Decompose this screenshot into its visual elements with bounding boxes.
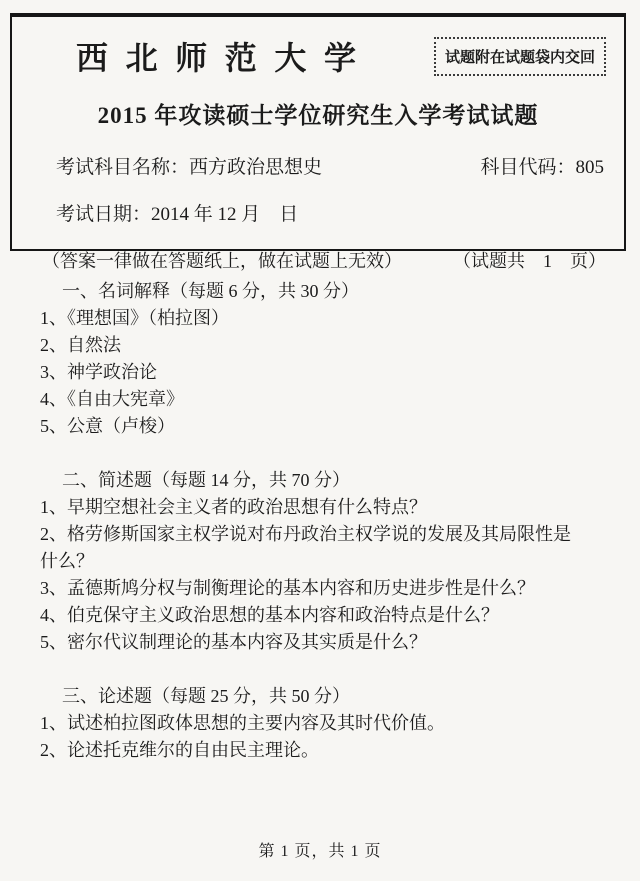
question-item: 4、《自由大宪章》 <box>40 386 585 413</box>
question-item: 2、格劳修斯国家主权学说对布丹政治主权学说的发展及其局限性是什么？ <box>40 521 585 575</box>
return-notice-box: 试题附在试题袋内交回 <box>434 37 606 76</box>
section-short-answer: 二、简述题（每题 14 分，共 70 分） 1、早期空想社会主义者的政治思想有什… <box>40 467 585 656</box>
page-footer: 第 1 页，共 1 页 <box>0 838 640 861</box>
subject-code: 科目代码：805 <box>480 152 604 179</box>
question-item: 3、孟德斯鸠分权与制衡理论的基本内容和历史进步性是什么？ <box>40 575 585 602</box>
section-heading: 三、论述题（每题 25 分，共 50 分） <box>40 683 585 710</box>
question-item: 1、《理想国》（柏拉图） <box>40 305 585 332</box>
page-count-note: （试题共 1 页） <box>453 247 606 273</box>
question-item: 2、论述托克维尔的自由民主理论。 <box>40 737 585 764</box>
section-essay: 三、论述题（每题 25 分，共 50 分） 1、试述柏拉图政体思想的主要内容及其… <box>40 683 585 764</box>
section-heading: 二、简述题（每题 14 分，共 70 分） <box>40 467 585 494</box>
question-item: 3、神学政治论 <box>40 359 585 386</box>
question-item: 4、伯克保守主义政治思想的基本内容和政治特点是什么？ <box>40 602 585 629</box>
university-name: 西北师范大学 <box>28 33 374 79</box>
question-item: 2、自然法 <box>40 332 585 359</box>
section-definitions: 一、名词解释（每题 6 分，共 30 分） 1、《理想国》（柏拉图） 2、自然法… <box>40 278 585 440</box>
exam-title: 2015 年攻读硕士学位研究生入学考试试题 <box>28 97 608 130</box>
exam-paper-scan: 西北师范大学 试题附在试题袋内交回 2015 年攻读硕士学位研究生入学考试试题 … <box>0 0 640 881</box>
question-item: 1、试述柏拉图政体思想的主要内容及其时代价值。 <box>40 710 585 737</box>
answer-notice: （答案一律做在答题纸上，做在试题上无效） <box>42 247 402 273</box>
question-item: 5、公意（卢梭） <box>40 413 585 440</box>
notice-row: （答案一律做在答题纸上，做在试题上无效） （试题共 1 页） <box>28 247 608 273</box>
header-top-row: 西北师范大学 试题附在试题袋内交回 <box>28 33 608 79</box>
question-body: 一、名词解释（每题 6 分，共 30 分） 1、《理想国》（柏拉图） 2、自然法… <box>40 278 585 764</box>
subject-row: 考试科目名称：西方政治思想史 科目代码：805 <box>28 152 608 179</box>
section-heading: 一、名词解释（每题 6 分，共 30 分） <box>40 278 585 305</box>
exam-date: 考试日期：2014 年 12 月 日 <box>28 199 608 226</box>
question-item: 1、早期空想社会主义者的政治思想有什么特点？ <box>40 494 585 521</box>
question-item: 5、密尔代议制理论的基本内容及其实质是什么？ <box>40 629 585 656</box>
subject-name: 考试科目名称：西方政治思想史 <box>56 152 322 179</box>
exam-header-box: 西北师范大学 试题附在试题袋内交回 2015 年攻读硕士学位研究生入学考试试题 … <box>10 13 626 251</box>
